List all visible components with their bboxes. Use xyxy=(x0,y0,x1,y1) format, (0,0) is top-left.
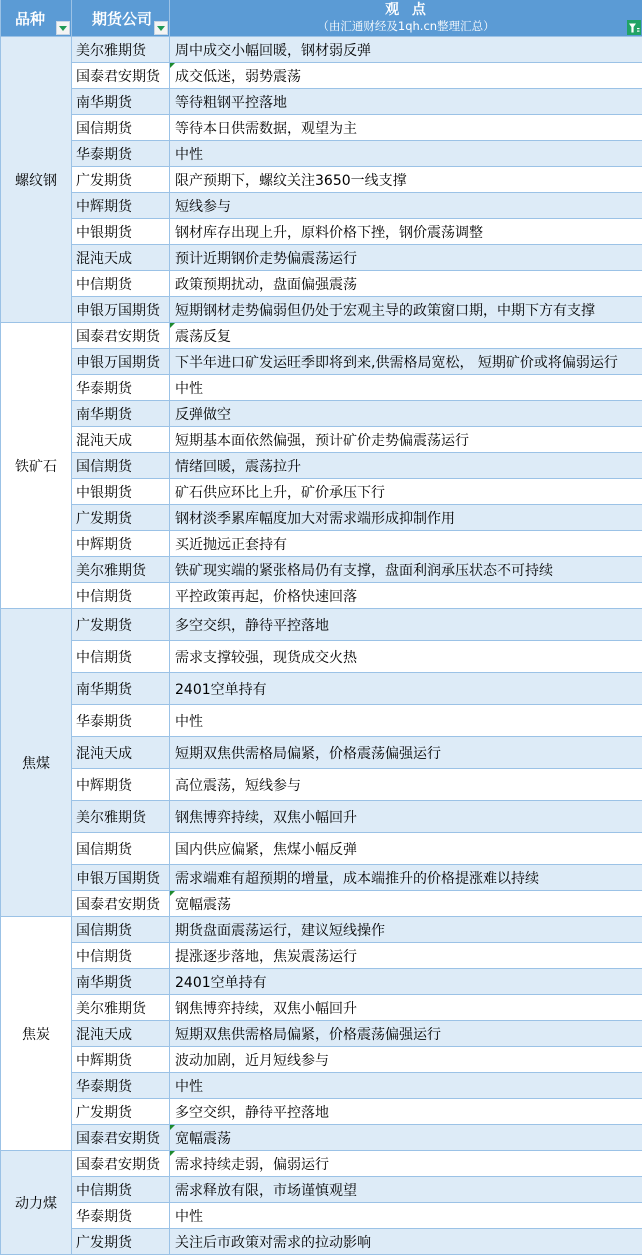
filter-icon xyxy=(628,22,640,34)
opinion-cell: 短期基本面依然偏强，预计矿价走势偏震荡运行 xyxy=(170,427,642,453)
company-cell: 国泰君安期货 xyxy=(72,1151,170,1177)
green-triangle-indicator-icon xyxy=(170,891,175,896)
company-cell: 华泰期货 xyxy=(72,1073,170,1099)
company-cell: 混沌天成 xyxy=(72,427,170,453)
opinion-cell: 预计近期钢价走势偏震荡运行 xyxy=(170,245,642,271)
commodity-cell-iron-ore: 铁矿石 xyxy=(0,323,72,609)
opinion-cell: 期货盘面震荡运行，建议短线操作 xyxy=(170,917,642,943)
company-cell: 华泰期货 xyxy=(72,705,170,737)
company-cell: 中辉期货 xyxy=(72,193,170,219)
company-cell: 国泰君安期货 xyxy=(72,1125,170,1151)
commodity-filter-dropdown[interactable] xyxy=(56,21,70,35)
company-cell: 南华期货 xyxy=(72,969,170,995)
opinion-cell: 平控政策再起，价格快速回落 xyxy=(170,583,642,609)
company-cell: 广发期货 xyxy=(72,505,170,531)
company-cell: 混沌天成 xyxy=(72,737,170,769)
company-cell: 华泰期货 xyxy=(72,1203,170,1229)
opinion-filter-button[interactable] xyxy=(627,20,641,35)
opinion-cell: 周中成交小幅回暖，钢材弱反弹 xyxy=(170,37,642,63)
opinion-cell: 钢材淡季累库幅度加大对需求端形成抑制作用 xyxy=(170,505,642,531)
green-triangle-indicator-icon xyxy=(170,1151,175,1156)
commodity-cell-thermal-coal: 动力煤 xyxy=(0,1151,72,1255)
opinion-cell: 等待粗钢平控落地 xyxy=(170,89,642,115)
company-cell: 国信期货 xyxy=(72,115,170,141)
opinion-cell: 需求支撑较强，现货成交火热 xyxy=(170,641,642,673)
opinion-text: 宽幅震荡 xyxy=(175,894,231,914)
opinion-cell: 中性 xyxy=(170,705,642,737)
opinion-cell: 需求持续走弱，偏弱运行 xyxy=(170,1151,642,1177)
header-commodity: 品种 xyxy=(0,0,72,37)
company-cell: 中辉期货 xyxy=(72,1047,170,1073)
opinion-cell: 成交低迷，弱势震荡 xyxy=(170,63,642,89)
company-cell: 中信期货 xyxy=(72,943,170,969)
opinion-cell: 关注后市政策对需求的拉动影响 xyxy=(170,1229,642,1255)
opinion-cell: 提涨逐步落地，焦炭震荡运行 xyxy=(170,943,642,969)
opinion-cell: 高位震荡，短线参与 xyxy=(170,769,642,801)
company-cell: 美尔雅期货 xyxy=(72,801,170,833)
opinion-cell: 震荡反复 xyxy=(170,323,642,349)
company-cell: 中信期货 xyxy=(72,271,170,297)
opinion-cell: 政策预期扰动，盘面偏强震荡 xyxy=(170,271,642,297)
opinion-cell: 反弹做空 xyxy=(170,401,642,427)
company-cell: 中信期货 xyxy=(72,583,170,609)
company-cell: 申银万国期货 xyxy=(72,349,170,375)
opinion-cell: 钢焦博弈持续，双焦小幅回升 xyxy=(170,995,642,1021)
opinion-cell: 中性 xyxy=(170,375,642,401)
opinion-cell: 国内供应偏紧，焦煤小幅反弹 xyxy=(170,833,642,865)
opinion-cell: 多空交织，静待平控落地 xyxy=(170,1099,642,1125)
company-cell: 南华期货 xyxy=(72,673,170,705)
chevron-down-icon xyxy=(59,26,67,31)
chevron-down-icon xyxy=(157,26,165,31)
company-cell: 美尔雅期货 xyxy=(72,995,170,1021)
company-cell: 中辉期货 xyxy=(72,769,170,801)
green-triangle-indicator-icon xyxy=(170,1125,175,1130)
company-cell: 国泰君安期货 xyxy=(72,323,170,349)
opinion-cell: 等待本日供需数据，观望为主 xyxy=(170,115,642,141)
opinion-cell: 需求端难有超预期的增量，成本端推升的价格提涨难以持续 xyxy=(170,865,642,891)
futures-opinion-sheet: 品种 期货公司 观 点 （由汇通财经及1qh.cn整理汇总） 螺纹钢 美尔雅期货… xyxy=(0,0,642,1255)
company-cell: 中银期货 xyxy=(72,479,170,505)
opinion-cell: 矿石供应环比上升，矿价承压下行 xyxy=(170,479,642,505)
header-opinion-title: 观 点 xyxy=(385,3,427,18)
green-triangle-indicator-icon xyxy=(170,323,175,328)
company-cell: 申银万国期货 xyxy=(72,297,170,323)
opinion-cell: 钢材库存出现上升，原料价格下挫，钢价震荡调整 xyxy=(170,219,642,245)
company-cell: 中银期货 xyxy=(72,219,170,245)
opinion-cell: 情绪回暖，震荡拉升 xyxy=(170,453,642,479)
company-cell: 华泰期货 xyxy=(72,141,170,167)
header-opinion: 观 点 （由汇通财经及1qh.cn整理汇总） xyxy=(170,0,642,37)
company-cell: 美尔雅期货 xyxy=(72,37,170,63)
header-commodity-label: 品种 xyxy=(15,8,45,29)
company-cell: 国泰君安期货 xyxy=(72,891,170,917)
header-company-label: 期货公司 xyxy=(92,8,152,29)
opinion-cell: 短期双焦供需格局偏紧，价格震荡偏强运行 xyxy=(170,1021,642,1047)
opinion-cell: 铁矿现实端的紧张格局仍有支撑，盘面利润承压状态不可持续 xyxy=(170,557,642,583)
company-cell: 广发期货 xyxy=(72,609,170,641)
company-cell: 广发期货 xyxy=(72,167,170,193)
opinion-text: 需求持续走弱，偏弱运行 xyxy=(175,1154,329,1174)
company-cell: 中信期货 xyxy=(72,1177,170,1203)
commodity-cell-rebar: 螺纹钢 xyxy=(0,37,72,323)
company-cell: 广发期货 xyxy=(72,1099,170,1125)
company-cell: 国信期货 xyxy=(72,453,170,479)
commodity-cell-coking-coal: 焦煤 xyxy=(0,609,72,917)
opinion-cell: 多空交织，静待平控落地 xyxy=(170,609,642,641)
company-cell: 申银万国期货 xyxy=(72,865,170,891)
opinion-cell: 钢焦博弈持续，双焦小幅回升 xyxy=(170,801,642,833)
company-cell: 国泰君安期货 xyxy=(72,63,170,89)
opinion-cell: 短线参与 xyxy=(170,193,642,219)
opinion-cell: 买近抛远正套持有 xyxy=(170,531,642,557)
company-cell: 华泰期货 xyxy=(72,375,170,401)
company-cell: 混沌天成 xyxy=(72,245,170,271)
company-cell: 国信期货 xyxy=(72,833,170,865)
green-triangle-indicator-icon xyxy=(170,63,175,68)
commodity-cell-coke: 焦炭 xyxy=(0,917,72,1151)
opinion-cell: 短期钢材走势偏弱但仍处于宏观主导的政策窗口期，中期下方有支撑 xyxy=(170,297,642,323)
opinion-cell: 宽幅震荡 xyxy=(170,891,642,917)
company-filter-dropdown[interactable] xyxy=(154,21,168,35)
opinion-cell: 宽幅震荡 xyxy=(170,1125,642,1151)
opinion-cell: 2401空单持有 xyxy=(170,673,642,705)
company-cell: 美尔雅期货 xyxy=(72,557,170,583)
company-cell: 广发期货 xyxy=(72,1229,170,1255)
company-cell: 中信期货 xyxy=(72,641,170,673)
opinion-cell: 需求释放有限，市场谨慎观望 xyxy=(170,1177,642,1203)
company-cell: 国信期货 xyxy=(72,917,170,943)
company-cell: 中辉期货 xyxy=(72,531,170,557)
opinion-cell: 2401空单持有 xyxy=(170,969,642,995)
header-company: 期货公司 xyxy=(72,0,170,37)
opinion-cell: 限产预期下，螺纹关注3650一线支撑 xyxy=(170,167,642,193)
opinion-cell: 波动加剧，近月短线参与 xyxy=(170,1047,642,1073)
company-cell: 南华期货 xyxy=(72,89,170,115)
opinion-text: 震荡反复 xyxy=(175,326,231,346)
opinion-text: 宽幅震荡 xyxy=(175,1128,231,1148)
opinion-cell: 下半年进口矿发运旺季即将到来,供需格局宽松， 短期矿价或将偏弱运行 xyxy=(170,349,642,375)
company-cell: 混沌天成 xyxy=(72,1021,170,1047)
opinion-cell: 中性 xyxy=(170,141,642,167)
opinion-cell: 短期双焦供需格局偏紧，价格震荡偏强运行 xyxy=(170,737,642,769)
opinion-cell: 中性 xyxy=(170,1203,642,1229)
company-cell: 南华期货 xyxy=(72,401,170,427)
opinion-cell: 中性 xyxy=(170,1073,642,1099)
header-opinion-subtitle: （由汇通财经及1qh.cn整理汇总） xyxy=(317,19,494,34)
opinion-text: 成交低迷，弱势震荡 xyxy=(175,66,301,86)
